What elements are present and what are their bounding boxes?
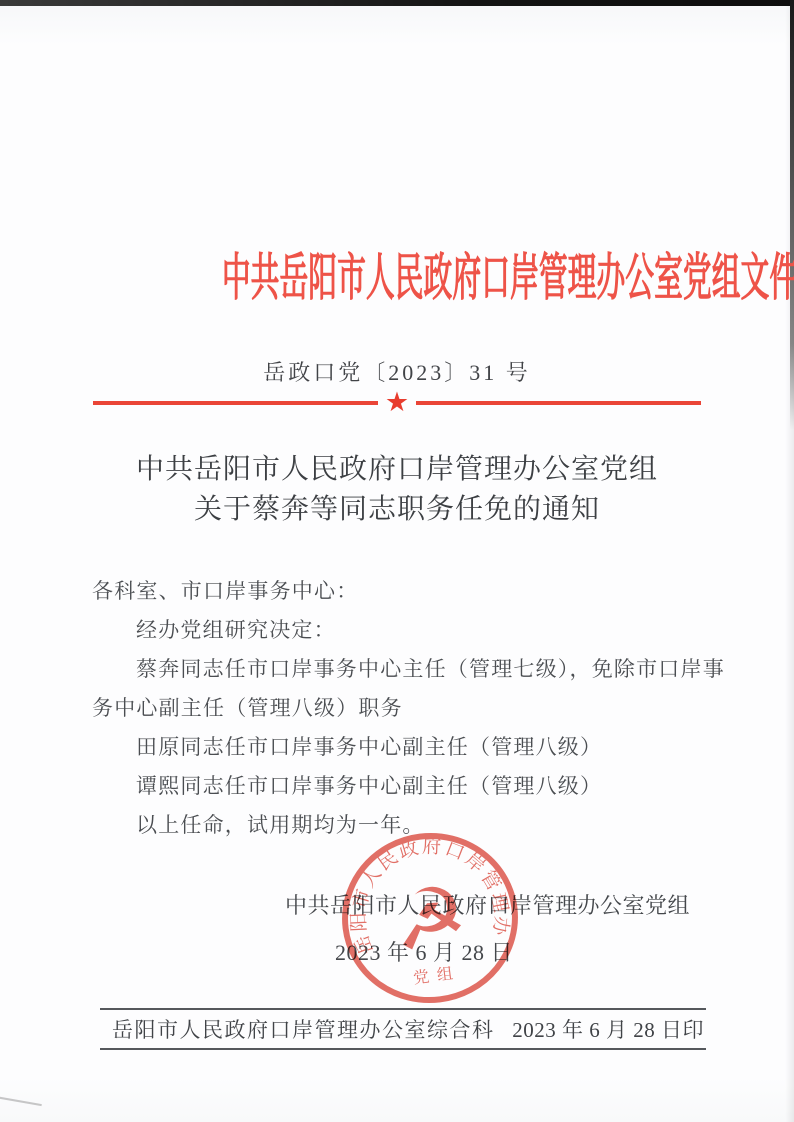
scanned-document-page: 中共岳阳市人民政府口岸管理办公室党组文件 岳政口党〔2023〕31 号 ★ 中共… bbox=[0, 0, 794, 1122]
title-line-2: 关于蔡奔等同志职务任免的通知 bbox=[0, 490, 794, 530]
scan-right-shadow bbox=[785, 0, 794, 1122]
red-masthead: 中共岳阳市人民政府口岸管理办公室党组文件 bbox=[0, 236, 794, 310]
rule-right-segment bbox=[416, 401, 701, 405]
body-line: 田原同志任市口岸事务中心副主任（管理八级） bbox=[92, 728, 712, 767]
footer-issuing-office: 岳阳市人民政府口岸管理办公室综合科 bbox=[100, 1014, 495, 1044]
masthead-text: 中共岳阳市人民政府口岸管理办公室党组文件 bbox=[222, 236, 794, 310]
body-line: 谭熙同志任市口岸事务中心副主任（管理八级） bbox=[92, 767, 712, 806]
official-red-seal: 中共岳阳市人民政府口岸管理办公室 ☭ 党组 bbox=[319, 807, 542, 1030]
title-line-1: 中共岳阳市人民政府口岸管理办公室党组 bbox=[0, 450, 794, 490]
footer-print-date: 2023 年 6 月 28 日印 bbox=[512, 1014, 706, 1044]
document-body: 各科室、市口岸事务中心： 经办党组研究决定： 蔡奔同志任市口岸事务中心主任（管理… bbox=[92, 572, 712, 845]
body-line-addressee: 各科室、市口岸事务中心： bbox=[92, 572, 712, 611]
print-footer: 岳阳市人民政府口岸管理办公室综合科 2023 年 6 月 28 日印 bbox=[100, 1008, 706, 1050]
body-line: 蔡奔同志任市口岸事务中心主任（管理七级），免除市口岸事 bbox=[92, 650, 712, 689]
scan-scratch-mark bbox=[0, 1096, 42, 1106]
rule-left-segment bbox=[93, 401, 378, 405]
star-icon: ★ bbox=[385, 389, 409, 416]
scan-top-edge bbox=[0, 0, 794, 6]
document-number: 岳政口党〔2023〕31 号 bbox=[0, 356, 794, 387]
document-title: 中共岳阳市人民政府口岸管理办公室党组 关于蔡奔等同志职务任免的通知 bbox=[0, 450, 794, 530]
red-divider-rule: ★ bbox=[93, 390, 701, 416]
body-line: 务中心副主任（管理八级）职务 bbox=[92, 689, 712, 728]
body-line: 经办党组研究决定： bbox=[92, 611, 712, 650]
hammer-sickle-emblem-icon: ☭ bbox=[388, 868, 473, 971]
